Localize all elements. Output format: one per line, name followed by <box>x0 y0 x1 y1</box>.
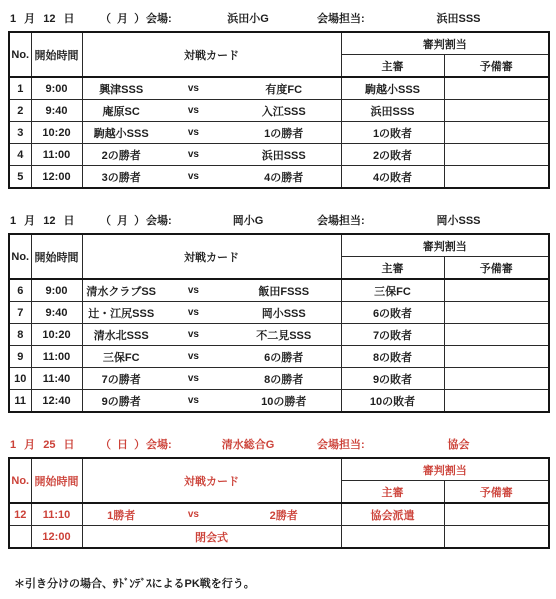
reserve-referee <box>444 526 549 549</box>
date-text: 1 月 12 日 <box>10 212 100 228</box>
col-header-match: 対戦カード <box>82 32 341 77</box>
match-time: 11:10 <box>31 503 82 526</box>
vs-label: vs <box>160 351 227 362</box>
schedule-table: No. 開始時間 対戦カード 審判割当 主審 予備審 6 9:00 清水クラブS… <box>8 233 550 413</box>
main-referee: 6の敗者 <box>341 302 444 324</box>
date-line: 1 月 12 日 （ 月 ） 会場: 岡小G 会場担当: 岡小SSS <box>10 212 548 228</box>
vs-label: vs <box>160 509 227 520</box>
ceremony-label: 閉会式 <box>82 526 341 549</box>
venue-name: 岡小G <box>179 212 317 228</box>
away-team: 有度FC <box>227 81 341 97</box>
match-card: 3の勝者 vs 4の勝者 <box>82 166 341 189</box>
vs-label: vs <box>160 329 227 340</box>
match-no: 8 <box>9 324 31 346</box>
match-no: 11 <box>9 390 31 413</box>
match-time: 11:40 <box>31 368 82 390</box>
reserve-referee <box>444 279 549 302</box>
match-no <box>9 526 31 549</box>
match-row: 6 9:00 清水クラブSS vs 飯田FSSS 三保FC <box>9 279 549 302</box>
reserve-referee <box>444 100 549 122</box>
venue-label: 会場: <box>146 212 179 228</box>
col-header-reserve-referee: 予備審 <box>444 55 549 78</box>
match-card: 7の勝者 vs 8の勝者 <box>82 368 341 390</box>
home-team: 清水クラブSS <box>83 283 160 299</box>
vs-label: vs <box>160 127 227 138</box>
match-no: 7 <box>9 302 31 324</box>
home-team: 3の勝者 <box>83 169 160 185</box>
main-referee: 三保FC <box>341 279 444 302</box>
venue-label: 会場: <box>146 436 179 452</box>
charge-name: 協会 <box>369 436 548 452</box>
home-team: 駒越小SSS <box>83 125 160 141</box>
away-team: 入江SSS <box>227 103 341 119</box>
match-no: 12 <box>9 503 31 526</box>
away-team: 不二見SSS <box>227 327 341 343</box>
date-line: 1 月 12 日 （ 月 ） 会場: 浜田小G 会場担当: 浜田SSS <box>10 10 548 26</box>
match-time: 12:40 <box>31 390 82 413</box>
reserve-referee <box>444 368 549 390</box>
col-header-referee: 審判割当 <box>341 458 549 481</box>
away-team: 岡小SSS <box>227 305 341 321</box>
match-time: 9:40 <box>31 302 82 324</box>
reserve-referee <box>444 144 549 166</box>
away-team: 浜田SSS <box>227 147 341 163</box>
col-header-time: 開始時間 <box>31 32 82 77</box>
match-no: 5 <box>9 166 31 189</box>
main-referee: 9の敗者 <box>341 368 444 390</box>
home-team: 1勝者 <box>83 507 160 523</box>
home-team: 2の勝者 <box>83 147 160 163</box>
main-referee: 8の敗者 <box>341 346 444 368</box>
main-referee: 浜田SSS <box>341 100 444 122</box>
away-team: 4の勝者 <box>227 169 341 185</box>
reserve-referee <box>444 122 549 144</box>
footnote: ＊引き分けの場合、ｻﾄﾞﾝﾃﾞｽによるPK戦を行う。 <box>14 575 556 591</box>
section-shimizu-final: 1 月 25 日 （ 日 ） 会場: 清水総合G 会場担当: 協会 No. 開始… <box>8 436 556 549</box>
match-row: 4 11:00 2の勝者 vs 浜田SSS 2の敗者 <box>9 144 549 166</box>
section-hamada: 1 月 12 日 （ 月 ） 会場: 浜田小G 会場担当: 浜田SSS No. … <box>8 10 556 189</box>
col-header-main-referee: 主審 <box>341 55 444 78</box>
match-time: 9:40 <box>31 100 82 122</box>
vs-label: vs <box>160 149 227 160</box>
main-referee: 1の敗者 <box>341 122 444 144</box>
match-card: 駒越小SSS vs 1の勝者 <box>82 122 341 144</box>
col-header-time: 開始時間 <box>31 234 82 279</box>
weekday-text: （ 日 ） <box>100 436 146 452</box>
away-team: 8の勝者 <box>227 371 341 387</box>
match-card: 三保FC vs 6の勝者 <box>82 346 341 368</box>
charge-label: 会場担当: <box>317 212 369 228</box>
away-team: 10の勝者 <box>227 393 341 409</box>
match-row: 10 11:40 7の勝者 vs 8の勝者 9の敗者 <box>9 368 549 390</box>
charge-name: 浜田SSS <box>369 10 548 26</box>
weekday-text: （ 月 ） <box>100 212 146 228</box>
vs-label: vs <box>160 285 227 296</box>
main-referee: 協会派遣 <box>341 503 444 526</box>
match-card: 興津SSS vs 有度FC <box>82 77 341 100</box>
home-team: 9の勝者 <box>83 393 160 409</box>
match-row: 1 9:00 興津SSS vs 有度FC 駒越小SSS <box>9 77 549 100</box>
match-row: 9 11:00 三保FC vs 6の勝者 8の敗者 <box>9 346 549 368</box>
reserve-referee <box>444 503 549 526</box>
match-row: 3 10:20 駒越小SSS vs 1の勝者 1の敗者 <box>9 122 549 144</box>
date-text: 1 月 25 日 <box>10 436 100 452</box>
match-no: 6 <box>9 279 31 302</box>
match-row: 7 9:40 辻・江尻SSS vs 岡小SSS 6の敗者 <box>9 302 549 324</box>
match-no: 2 <box>9 100 31 122</box>
main-referee: 2の敗者 <box>341 144 444 166</box>
reserve-referee <box>444 346 549 368</box>
venue-name: 浜田小G <box>179 10 317 26</box>
col-header-reserve-referee: 予備審 <box>444 481 549 504</box>
match-card: 庵原SC vs 入江SSS <box>82 100 341 122</box>
home-team: 庵原SC <box>83 103 160 119</box>
match-row: 12 11:10 1勝者 vs 2勝者 協会派遣 <box>9 503 549 526</box>
col-header-reserve-referee: 予備審 <box>444 257 549 280</box>
vs-label: vs <box>160 171 227 182</box>
col-header-match: 対戦カード <box>82 458 341 503</box>
reserve-referee <box>444 77 549 100</box>
reserve-referee <box>444 166 549 189</box>
vs-label: vs <box>160 83 227 94</box>
main-referee: 10の敗者 <box>341 390 444 413</box>
schedule-table: No. 開始時間 対戦カード 審判割当 主審 予備審 1 9:00 興津SSS … <box>8 31 550 189</box>
col-header-no: No. <box>9 458 31 503</box>
charge-name: 岡小SSS <box>369 212 548 228</box>
match-card: 清水クラブSS vs 飯田FSSS <box>82 279 341 302</box>
away-team: 飯田FSSS <box>227 283 341 299</box>
col-header-referee: 審判割当 <box>341 234 549 257</box>
match-no: 4 <box>9 144 31 166</box>
match-card: 辻・江尻SSS vs 岡小SSS <box>82 302 341 324</box>
home-team: 三保FC <box>83 349 160 365</box>
main-referee: 4の敗者 <box>341 166 444 189</box>
schedule-table: No. 開始時間 対戦カード 審判割当 主審 予備審 12 11:10 1勝者 … <box>8 457 550 549</box>
reserve-referee <box>444 302 549 324</box>
away-team: 1の勝者 <box>227 125 341 141</box>
weekday-text: （ 月 ） <box>100 10 146 26</box>
charge-label: 会場担当: <box>317 436 369 452</box>
vs-label: vs <box>160 373 227 384</box>
match-card: 2の勝者 vs 浜田SSS <box>82 144 341 166</box>
vs-label: vs <box>160 307 227 318</box>
match-no: 3 <box>9 122 31 144</box>
home-team: 清水北SSS <box>83 327 160 343</box>
match-row: 8 10:20 清水北SSS vs 不二見SSS 7の敗者 <box>9 324 549 346</box>
date-text: 1 月 12 日 <box>10 10 100 26</box>
section-oka: 1 月 12 日 （ 月 ） 会場: 岡小G 会場担当: 岡小SSS No. 開… <box>8 212 556 413</box>
vs-label: vs <box>160 395 227 406</box>
match-row: 5 12:00 3の勝者 vs 4の勝者 4の敗者 <box>9 166 549 189</box>
col-header-match: 対戦カード <box>82 234 341 279</box>
reserve-referee <box>444 390 549 413</box>
match-no: 10 <box>9 368 31 390</box>
reserve-referee <box>444 324 549 346</box>
ceremony-row: 12:00 閉会式 <box>9 526 549 549</box>
match-card: 9の勝者 vs 10の勝者 <box>82 390 341 413</box>
main-referee: 駒越小SSS <box>341 77 444 100</box>
col-header-no: No. <box>9 234 31 279</box>
vs-label: vs <box>160 105 227 116</box>
match-time: 9:00 <box>31 77 82 100</box>
venue-label: 会場: <box>146 10 179 26</box>
home-team: 興津SSS <box>83 81 160 97</box>
schedule-page: 1 月 12 日 （ 月 ） 会場: 浜田小G 会場担当: 浜田SSS No. … <box>0 0 556 599</box>
match-time: 11:00 <box>31 144 82 166</box>
venue-name: 清水総合G <box>179 436 317 452</box>
charge-label: 会場担当: <box>317 10 369 26</box>
match-time: 11:00 <box>31 346 82 368</box>
match-no: 9 <box>9 346 31 368</box>
match-row: 2 9:40 庵原SC vs 入江SSS 浜田SSS <box>9 100 549 122</box>
away-team: 6の勝者 <box>227 349 341 365</box>
away-team: 2勝者 <box>227 507 341 523</box>
home-team: 7の勝者 <box>83 371 160 387</box>
col-header-main-referee: 主審 <box>341 481 444 504</box>
date-line: 1 月 25 日 （ 日 ） 会場: 清水総合G 会場担当: 協会 <box>10 436 548 452</box>
col-header-no: No. <box>9 32 31 77</box>
main-referee <box>341 526 444 549</box>
match-time: 9:00 <box>31 279 82 302</box>
main-referee: 7の敗者 <box>341 324 444 346</box>
col-header-time: 開始時間 <box>31 458 82 503</box>
match-time: 10:20 <box>31 324 82 346</box>
match-card: 清水北SSS vs 不二見SSS <box>82 324 341 346</box>
match-time: 10:20 <box>31 122 82 144</box>
match-card: 1勝者 vs 2勝者 <box>82 503 341 526</box>
match-time: 12:00 <box>31 166 82 189</box>
match-row: 11 12:40 9の勝者 vs 10の勝者 10の敗者 <box>9 390 549 413</box>
col-header-referee: 審判割当 <box>341 32 549 55</box>
match-no: 1 <box>9 77 31 100</box>
home-team: 辻・江尻SSS <box>83 305 160 321</box>
col-header-main-referee: 主審 <box>341 257 444 280</box>
match-time: 12:00 <box>31 526 82 549</box>
